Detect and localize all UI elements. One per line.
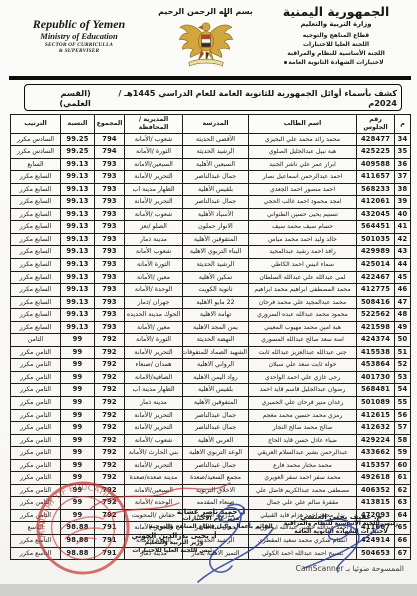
cell-district: الثورة /الأمانة [125, 334, 183, 347]
cell-total: 793 [95, 271, 125, 284]
cell-school: جمال عبدالناصر [183, 422, 249, 435]
cell-seat-no: 401730 [357, 371, 395, 384]
cell-total: 792 [95, 409, 125, 422]
document-title-box: كشف بأسماء أوائل الجمهورية للثانوية العا… [24, 84, 402, 111]
cell-rank: السابع مكرر [11, 233, 61, 246]
cell-rank: السابع مكرر [11, 284, 61, 297]
cell-district: الحوك مدينة الحديده [125, 309, 183, 322]
cell-index: 47 [395, 296, 411, 309]
cell-student-name: مصطفى محمد عبدالكريم فاضل علي [249, 484, 357, 497]
table-row: 39 412061 امجد محمود احمد غالب الحجي جما… [11, 196, 411, 209]
cell-school: بلقيس الأهلية [183, 183, 249, 196]
cell-percent: 99 [61, 434, 95, 447]
cell-seat-no: 504653 [357, 547, 395, 560]
cell-district: التحرير /الأمانة [125, 196, 183, 209]
cell-total: 793 [95, 196, 125, 209]
cell-rank: الثامن مكرر [11, 371, 61, 384]
cell-district: بني الحارث /الأمانة [125, 447, 183, 460]
cell-seat-no: 415357 [357, 459, 395, 472]
header-percent: النسبة [61, 114, 95, 133]
cell-school: ثانوية الكويت [183, 284, 249, 297]
cell-index: 54 [395, 384, 411, 397]
cell-rank: الثامن مكرر [11, 434, 61, 447]
table-row: 47 508416 محمد عبدالمجيد علي محمد فرحان … [11, 296, 411, 309]
cell-school: رواد اليمن الاهلية [183, 371, 249, 384]
ministry-header-english: Republic of Yemen Ministry of Education … [10, 18, 148, 54]
decorative-dot [284, 61, 287, 64]
table-row: 57 412632 صالح محمد صالح النجار جمال عبد… [11, 422, 411, 435]
cell-school: جمال عبدالناصر [183, 196, 249, 209]
cell-total: 792 [95, 447, 125, 460]
table-row: 34 428477 محمد رائد محمد علي البحيري الأ… [11, 133, 411, 146]
cell-percent: 99.13 [61, 208, 95, 221]
cell-seat-no: 425014 [357, 258, 395, 271]
header-student-name: اسم الطالب [249, 114, 357, 133]
cell-index: 38 [395, 183, 411, 196]
table-row: 48 522562 محمود محمد عبدالله عبده السرور… [11, 309, 411, 322]
cell-rank: الثامن مكرر [11, 384, 61, 397]
cell-rank: الثامن مكرر [11, 472, 61, 485]
cell-total: 793 [95, 258, 125, 271]
cell-percent: 99.13 [61, 196, 95, 209]
table-row: 55 501089 رغدان منير فرحان علي الحميري ا… [11, 396, 411, 409]
cell-district: جهران /ذمار [125, 296, 183, 309]
cell-school: تمكين الأهلية [183, 271, 249, 284]
cell-rank: السابع مكرر [11, 321, 61, 334]
cell-rank: السابع مكرر [11, 221, 61, 234]
cell-percent: 99.25 [61, 133, 95, 146]
cell-student-name: لمى عبدالله علي عبدالله السلطان [249, 271, 357, 284]
cell-student-name: ضياء عادل حسن قايد الحاج [249, 434, 357, 447]
cell-seat-no: 428477 [357, 133, 395, 146]
cell-percent: 99.13 [61, 296, 95, 309]
cell-school: المتفوقين الأهلية [183, 396, 249, 409]
cell-student-name: رغدان منير فرحان علي الحميري [249, 396, 357, 409]
cell-student-name: محمد رائد محمد علي البحيري [249, 133, 357, 146]
header-school: المدرسة [183, 114, 249, 133]
table-row: 38 568233 احمد منصور احمد الجعدي بلقيس ا… [11, 183, 411, 196]
cell-index: 34 [395, 133, 411, 146]
cell-student-name: امنة سعد صالح عبدالله المسوري [249, 334, 357, 347]
ministry-header-arabic: الجمهورية اليمنية وزارة التربية والتعليم… [263, 6, 409, 67]
cell-school: الوعد التربوي الاهلية [183, 447, 249, 460]
decorative-dot [224, 14, 227, 17]
cell-seat-no: 412061 [357, 196, 395, 209]
cell-rank: الثامن مكرر [11, 396, 61, 409]
cell-index: 44 [395, 258, 411, 271]
cell-student-name: امجد محمود احمد غالب الحجي [249, 196, 357, 209]
cell-rank: السابع [11, 158, 61, 171]
cell-student-name: جنى عبدالله عبدالعزيز عبدالله ثابت [249, 346, 357, 359]
cell-school: السبعين الأهلية [183, 158, 249, 171]
cell-school: الانوار حملون [183, 221, 249, 234]
signature-block-committee-head: م. عفيف يحيى العنسي رئيس اللجنة الأساسية… [270, 512, 412, 537]
cell-percent: 99.13 [61, 221, 95, 234]
cell-seat-no: 568233 [357, 183, 395, 196]
cell-student-name: سماء انيس احمد الكاظي [249, 258, 357, 271]
cell-rank: الثامن [11, 334, 61, 347]
cell-student-name: خالد وليد احمد محمد مياس [249, 233, 357, 246]
cell-district: همدان /صنعاء [125, 359, 183, 372]
cell-seat-no: 413815 [357, 497, 395, 510]
cell-total: 792 [95, 371, 125, 384]
cell-seat-no: 429224 [357, 434, 395, 447]
cell-index: 63 [395, 497, 411, 510]
cell-rank: الثامن مكرر [11, 359, 61, 372]
cell-index: 48 [395, 309, 411, 322]
cell-district: التحرير /الأمانة [125, 422, 183, 435]
cell-percent: 99 [61, 396, 95, 409]
table-row: 41 564451 حسام سيف محمد سيف الانوار حملو… [11, 221, 411, 234]
cell-student-name: رمزي محمد حسين محمد معجم [249, 409, 357, 422]
cell-seat-no: 411657 [357, 171, 395, 184]
cell-student-name: رافد احمد رشيد عبدالمجيد [249, 246, 357, 259]
cell-district: الثورة /الأمانة [125, 146, 183, 159]
cell-rank: السابع مكرر [11, 246, 61, 259]
table-row: 42 501035 خالد وليد احمد محمد مياس المتف… [11, 233, 411, 246]
signer-title: مدير عام الاختبارات [138, 516, 284, 524]
cell-student-name: صالح محمد صالح النجار [249, 422, 357, 435]
yemen-eagle-emblem-icon [150, 17, 262, 73]
cell-school: بلقيس الأهلية [183, 384, 249, 397]
cell-percent: 99.13 [61, 321, 95, 334]
table-row: 52 453864 خولة ثابت سعد علي سبلان الرواب… [11, 359, 411, 372]
cell-district: شعوب /الأمانة [125, 208, 183, 221]
table-row: 43 429989 رافد احمد رشيد عبدالمجيد البنا… [11, 246, 411, 259]
cell-school: تهامة الاهلية [183, 309, 249, 322]
header-index: م [395, 114, 411, 133]
header-center: بسم الله الرحمن الرحيم [150, 5, 262, 73]
cell-rank: السابع مكرر [11, 271, 61, 284]
cell-percent: 99 [61, 384, 95, 397]
cell-percent: 99.13 [61, 183, 95, 196]
high-committee-line: اللجنة العليا للاختبارات [263, 40, 409, 49]
cell-rank: السادس مكرر [11, 133, 61, 146]
cell-index: 35 [395, 146, 411, 159]
cell-index: 57 [395, 422, 411, 435]
cell-percent: 99 [61, 422, 95, 435]
cell-seat-no: 501035 [357, 233, 395, 246]
cell-rank: السادس مكرر [11, 146, 61, 159]
cell-seat-no: 412632 [357, 422, 395, 435]
cell-rank: السابع مكرر [11, 183, 61, 196]
cell-student-name: هبة امين محمد مهيوب المعيني [249, 321, 357, 334]
cell-district: مدينة ذمار [125, 396, 183, 409]
cell-index: 52 [395, 359, 411, 372]
document-header: Republic of Yemen Ministry of Education … [0, 0, 417, 73]
cell-seat-no: 406352 [357, 484, 395, 497]
cell-student-name: محمود محمد عبدالله عبده السروري [249, 309, 357, 322]
cell-student-name: خولة ثابت سعد علي سبلان [249, 359, 357, 372]
table-row: 53 401730 رحى غازي علي احمد الواحدي رواد… [11, 371, 411, 384]
table-header-row: م رقم الجلوس اسم الطالب المدرسة المديرية… [11, 114, 411, 133]
table-row: 59 433662 عبدالرحمن بشير عبدالسلام العري… [11, 447, 411, 460]
country-name-en: Republic of Yemen [10, 18, 148, 32]
cell-school: الشهيد الصماد للمتفوقات [183, 346, 249, 359]
cell-seat-no: 433662 [357, 447, 395, 460]
cell-district: الظهار مدينة اب [125, 384, 183, 397]
cell-total: 793 [95, 208, 125, 221]
cell-total: 793 [95, 171, 125, 184]
cell-school: 22 مايو الاهلية [183, 296, 249, 309]
cell-student-name: تسبيح احمد عبدالله احمد الكولي [249, 547, 357, 560]
cell-total: 794 [95, 146, 125, 159]
cell-school: جمال عبدالناصر [183, 409, 249, 422]
cell-school: الرشيد الحديثة [183, 146, 249, 159]
header-seat-no: رقم الجلوس [357, 114, 395, 133]
cell-total: 793 [95, 246, 125, 259]
cell-index: 42 [395, 233, 411, 246]
cell-percent: 99 [61, 459, 95, 472]
cell-rank: السابع مكرر [11, 309, 61, 322]
cell-total: 792 [95, 422, 125, 435]
cell-district: الصافية/الامانة [125, 371, 183, 384]
cell-student-name: محمد مختار محمد فارع [249, 459, 357, 472]
cell-index: 36 [395, 158, 411, 171]
cell-percent: 99 [61, 409, 95, 422]
cell-district: مدينة ذمار [125, 233, 183, 246]
cell-district: التحرير /الأمانة [125, 459, 183, 472]
cell-total: 792 [95, 359, 125, 372]
cell-seat-no: 453864 [357, 359, 395, 372]
cell-percent: 99.13 [61, 246, 95, 259]
table-row: 36 409588 ابرار عمر علي ناشر الجنيد السب… [11, 158, 411, 171]
cell-percent: 99.25 [61, 146, 95, 159]
table-row: 51 415538 جنى عبدالله عبدالعزيز عبدالله … [11, 346, 411, 359]
signer-name: م. عفيف يحيى العنسي [270, 512, 412, 521]
cell-district: شعوب /الأمانة [125, 434, 183, 447]
cell-seat-no: 501089 [357, 396, 395, 409]
table-row: 60 415357 محمد مختار محمد فارع جمال عبدا… [11, 459, 411, 472]
signer-name: أ. حميد ناصر غشاية [138, 507, 284, 516]
table-row: 44 425014 سماء انيس احمد الكاظي الرشيد ا… [11, 258, 411, 271]
table-row: 58 429224 ضياء عادل حسن قايد الحاج العرب… [11, 434, 411, 447]
header-divider-line [9, 76, 411, 80]
cell-index: 67 [395, 547, 411, 560]
cell-district: التحرير /الأمانة [125, 171, 183, 184]
table-row: 40 432045 تسنيم يحيى حسين الطنواني الأسي… [11, 208, 411, 221]
cell-seat-no: 412775 [357, 284, 395, 297]
cell-percent: 99.13 [61, 309, 95, 322]
cell-index: 51 [395, 346, 411, 359]
cell-rank: الثامن مكرر [11, 447, 61, 460]
cell-total: 793 [95, 233, 125, 246]
cell-school: جمال عبدالناصر [183, 459, 249, 472]
cell-rank: السابع مكرر [11, 258, 61, 271]
cell-student-name: تسنيم يحيى حسين الطنواني [249, 208, 357, 221]
cell-student-name: محمد المصطفى ابراهيم محمد ابراهيم [249, 284, 357, 297]
cell-seat-no: 522562 [357, 309, 395, 322]
cell-seat-no: 412615 [357, 409, 395, 422]
cell-student-name: ابرار عمر علي ناشر الجنيد [249, 158, 357, 171]
cell-percent: 99.13 [61, 233, 95, 246]
cell-index: 58 [395, 434, 411, 447]
cell-index: 55 [395, 396, 411, 409]
cell-seat-no: 421598 [357, 321, 395, 334]
cell-seat-no: 492618 [357, 472, 395, 485]
cell-school: الاخلاق التربوية [183, 484, 249, 497]
cell-district: الثورة الأمانة [125, 258, 183, 271]
scan-edge-band [0, 584, 417, 596]
cell-school: الرشيد الحديثة [183, 258, 249, 271]
cell-index: 43 [395, 246, 411, 259]
cell-index: 53 [395, 371, 411, 384]
ministry-name-en: Ministry of Education [10, 32, 148, 42]
cell-seat-no: 429989 [357, 246, 395, 259]
cell-percent: 99 [61, 359, 95, 372]
cell-percent: 99.13 [61, 171, 95, 184]
cell-seat-no: 508416 [357, 296, 395, 309]
cell-student-name: رحى غازي علي احمد الواحدي [249, 371, 357, 384]
cell-percent: 99 [61, 371, 95, 384]
cell-seat-no: 422467 [357, 271, 395, 284]
cell-seat-no: 568481 [357, 384, 395, 397]
cell-district: شعوب الأمانة [125, 246, 183, 259]
cell-total: 793 [95, 183, 125, 196]
bismillah-text: بسم الله الرحمن الرحيم [150, 7, 262, 16]
signer-title: لاختبارات الشهادة الثانوية العامة [270, 529, 412, 537]
cell-seat-no: 432045 [357, 208, 395, 221]
country-name-ar: الجمهورية اليمنية [263, 6, 409, 19]
cell-district: معين /الأمانة [125, 271, 183, 284]
cell-index: 46 [395, 284, 411, 297]
cell-index: 62 [395, 484, 411, 497]
cell-total: 792 [95, 384, 125, 397]
cell-index: 56 [395, 409, 411, 422]
cell-rank: السابع مكرر [11, 208, 61, 221]
cell-student-name: هبة نبيل عبدالجليل الصلوي [249, 146, 357, 159]
cell-school: المتفوقين الأهلية [183, 233, 249, 246]
cell-school: العربي الأهلية [183, 434, 249, 447]
cell-student-name: رضوان عبدالجليل قاسم قايد احمد [249, 384, 357, 397]
cell-district: التحرير /الأمانة [125, 409, 183, 422]
cell-seat-no: 409588 [357, 158, 395, 171]
cell-percent: 99.13 [61, 284, 95, 297]
scanned-document-page: Republic of Yemen Ministry of Education … [0, 0, 417, 596]
cell-school: الأقصى الحديثة [183, 133, 249, 146]
cell-percent: 99.13 [61, 158, 95, 171]
cell-school: النهضة الحديثة [183, 334, 249, 347]
section-label: (القسم العلمي) [29, 88, 91, 108]
document-title: كشف بأسماء أوائل الجمهورية للثانوية العا… [100, 88, 397, 108]
table-row: 56 412615 رمزي محمد حسين محمد معجم جمال … [11, 409, 411, 422]
cell-school: البناء التربوي الاهلية [183, 246, 249, 259]
cell-index: 59 [395, 447, 411, 460]
cell-seat-no: 564451 [357, 221, 395, 234]
header-total: المجموع [95, 114, 125, 133]
cell-total: 793 [95, 309, 125, 322]
cell-student-name: حسام سيف محمد سيف [249, 221, 357, 234]
cell-total: 792 [95, 346, 125, 359]
table-row: 54 568481 رضوان عبدالجليل قاسم قايد احمد… [11, 384, 411, 397]
cell-rank: السابع مكرر [11, 296, 61, 309]
cell-total: 793 [95, 284, 125, 297]
cell-rank: الثامن مكرر [11, 346, 61, 359]
cell-percent: 99 [61, 346, 95, 359]
cell-percent: 99 [61, 334, 95, 347]
signature-block-exams-director: أ. حميد ناصر غشاية مدير عام الاختبارات ا… [138, 507, 284, 532]
table-row: 37 411657 احمد عبدالرحمن اسماعيل نصار جم… [11, 171, 411, 184]
cell-rank: السابع مكرر [11, 171, 61, 184]
camscanner-credit: الممسوحة ضوئيا بـ CamScanner [296, 564, 404, 573]
cell-student-name: محمد سفر احمد سفر العويري [249, 472, 357, 485]
cell-district: التحرير /الأمانة [125, 346, 183, 359]
signer-title: رئيس اللجنة الأساسية للنظام والمراقبة [270, 521, 412, 529]
cell-district: مدينة صعده/صعدة [125, 472, 183, 485]
cell-school: جمال عبدالناصر [183, 171, 249, 184]
cell-total: 792 [95, 334, 125, 347]
cell-index: 60 [395, 459, 411, 472]
cell-rank: السابع مكرر [11, 196, 61, 209]
cell-index: 39 [395, 196, 411, 209]
cell-seat-no: 425225 [357, 146, 395, 159]
cell-index: 37 [395, 171, 411, 184]
base-committee-line: اللجنة الأساسية للنظام والمراقبة [263, 49, 409, 58]
cell-total: 792 [95, 396, 125, 409]
cell-total: 793 [95, 321, 125, 334]
cell-index: 41 [395, 221, 411, 234]
cell-student-name: محمد عبدالمجيد علي محمد فرحان [249, 296, 357, 309]
table-row: 46 412775 محمد المصطفى ابراهيم محمد ابرا… [11, 284, 411, 297]
cell-total: 793 [95, 296, 125, 309]
cell-total: 792 [95, 434, 125, 447]
superviser-line-en: & SUPERVISER [10, 48, 148, 54]
cell-index: 50 [395, 334, 411, 347]
cell-district: الظهار مدينة اب [125, 183, 183, 196]
cell-seat-no: 415538 [357, 346, 395, 359]
cell-student-name: احمد منصور احمد الجعدي [249, 183, 357, 196]
cell-percent: 99.13 [61, 258, 95, 271]
table-row: 35 425225 هبة نبيل عبدالجليل الصلوي الرش… [11, 146, 411, 159]
table-row: 45 422467 لمى عبدالله علي عبدالله السلطا… [11, 271, 411, 284]
cell-school: الأسياد الأهلية [183, 208, 249, 221]
cell-school: الروابي الاهلية [183, 359, 249, 372]
cell-school: مجمع السعيد/صعدة [183, 472, 249, 485]
cell-district: معين /الأمانة [125, 321, 183, 334]
cell-student-name: عبدالرحمن بشير عبدالسلام العريقي [249, 447, 357, 460]
cell-district: السبعين/الامانة [125, 484, 183, 497]
cell-district: الصلو /تعز [125, 221, 183, 234]
cell-seat-no: 424374 [357, 334, 395, 347]
cell-district: السبعين/الامانة [125, 158, 183, 171]
sector-line-ar: قطاع المناهج والتوجيه [263, 31, 409, 40]
cell-rank: الثامن مكرر [11, 459, 61, 472]
header-rank: الترتيب [11, 114, 61, 133]
cell-index: 40 [395, 208, 411, 221]
cell-rank: الثامن مكرر [11, 422, 61, 435]
header-district: المديرية / المحافظة [125, 114, 183, 133]
table-row: 50 424374 امنة سعد صالح عبدالله المسوري … [11, 334, 411, 347]
cell-total: 793 [95, 158, 125, 171]
cell-district: الوحدة /الأمانة [125, 284, 183, 297]
cell-school: يمن المجد الاهلية [183, 321, 249, 334]
cell-total: 794 [95, 133, 125, 146]
cell-district: شعوب /الأمانة [125, 133, 183, 146]
cell-percent: 99.13 [61, 271, 95, 284]
cell-index: 61 [395, 472, 411, 485]
cell-student-name: احمد عبدالرحمن اسماعيل نصار [249, 171, 357, 184]
cell-rank: الثامن مكرر [11, 409, 61, 422]
cell-total: 793 [95, 221, 125, 234]
ministry-name-ar: وزارة التربية والتعليم [263, 20, 409, 28]
cell-index: 45 [395, 271, 411, 284]
cell-percent: 99 [61, 447, 95, 460]
table-row: 49 421598 هبة امين محمد مهيوب المعيني يم… [11, 321, 411, 334]
cell-index: 49 [395, 321, 411, 334]
